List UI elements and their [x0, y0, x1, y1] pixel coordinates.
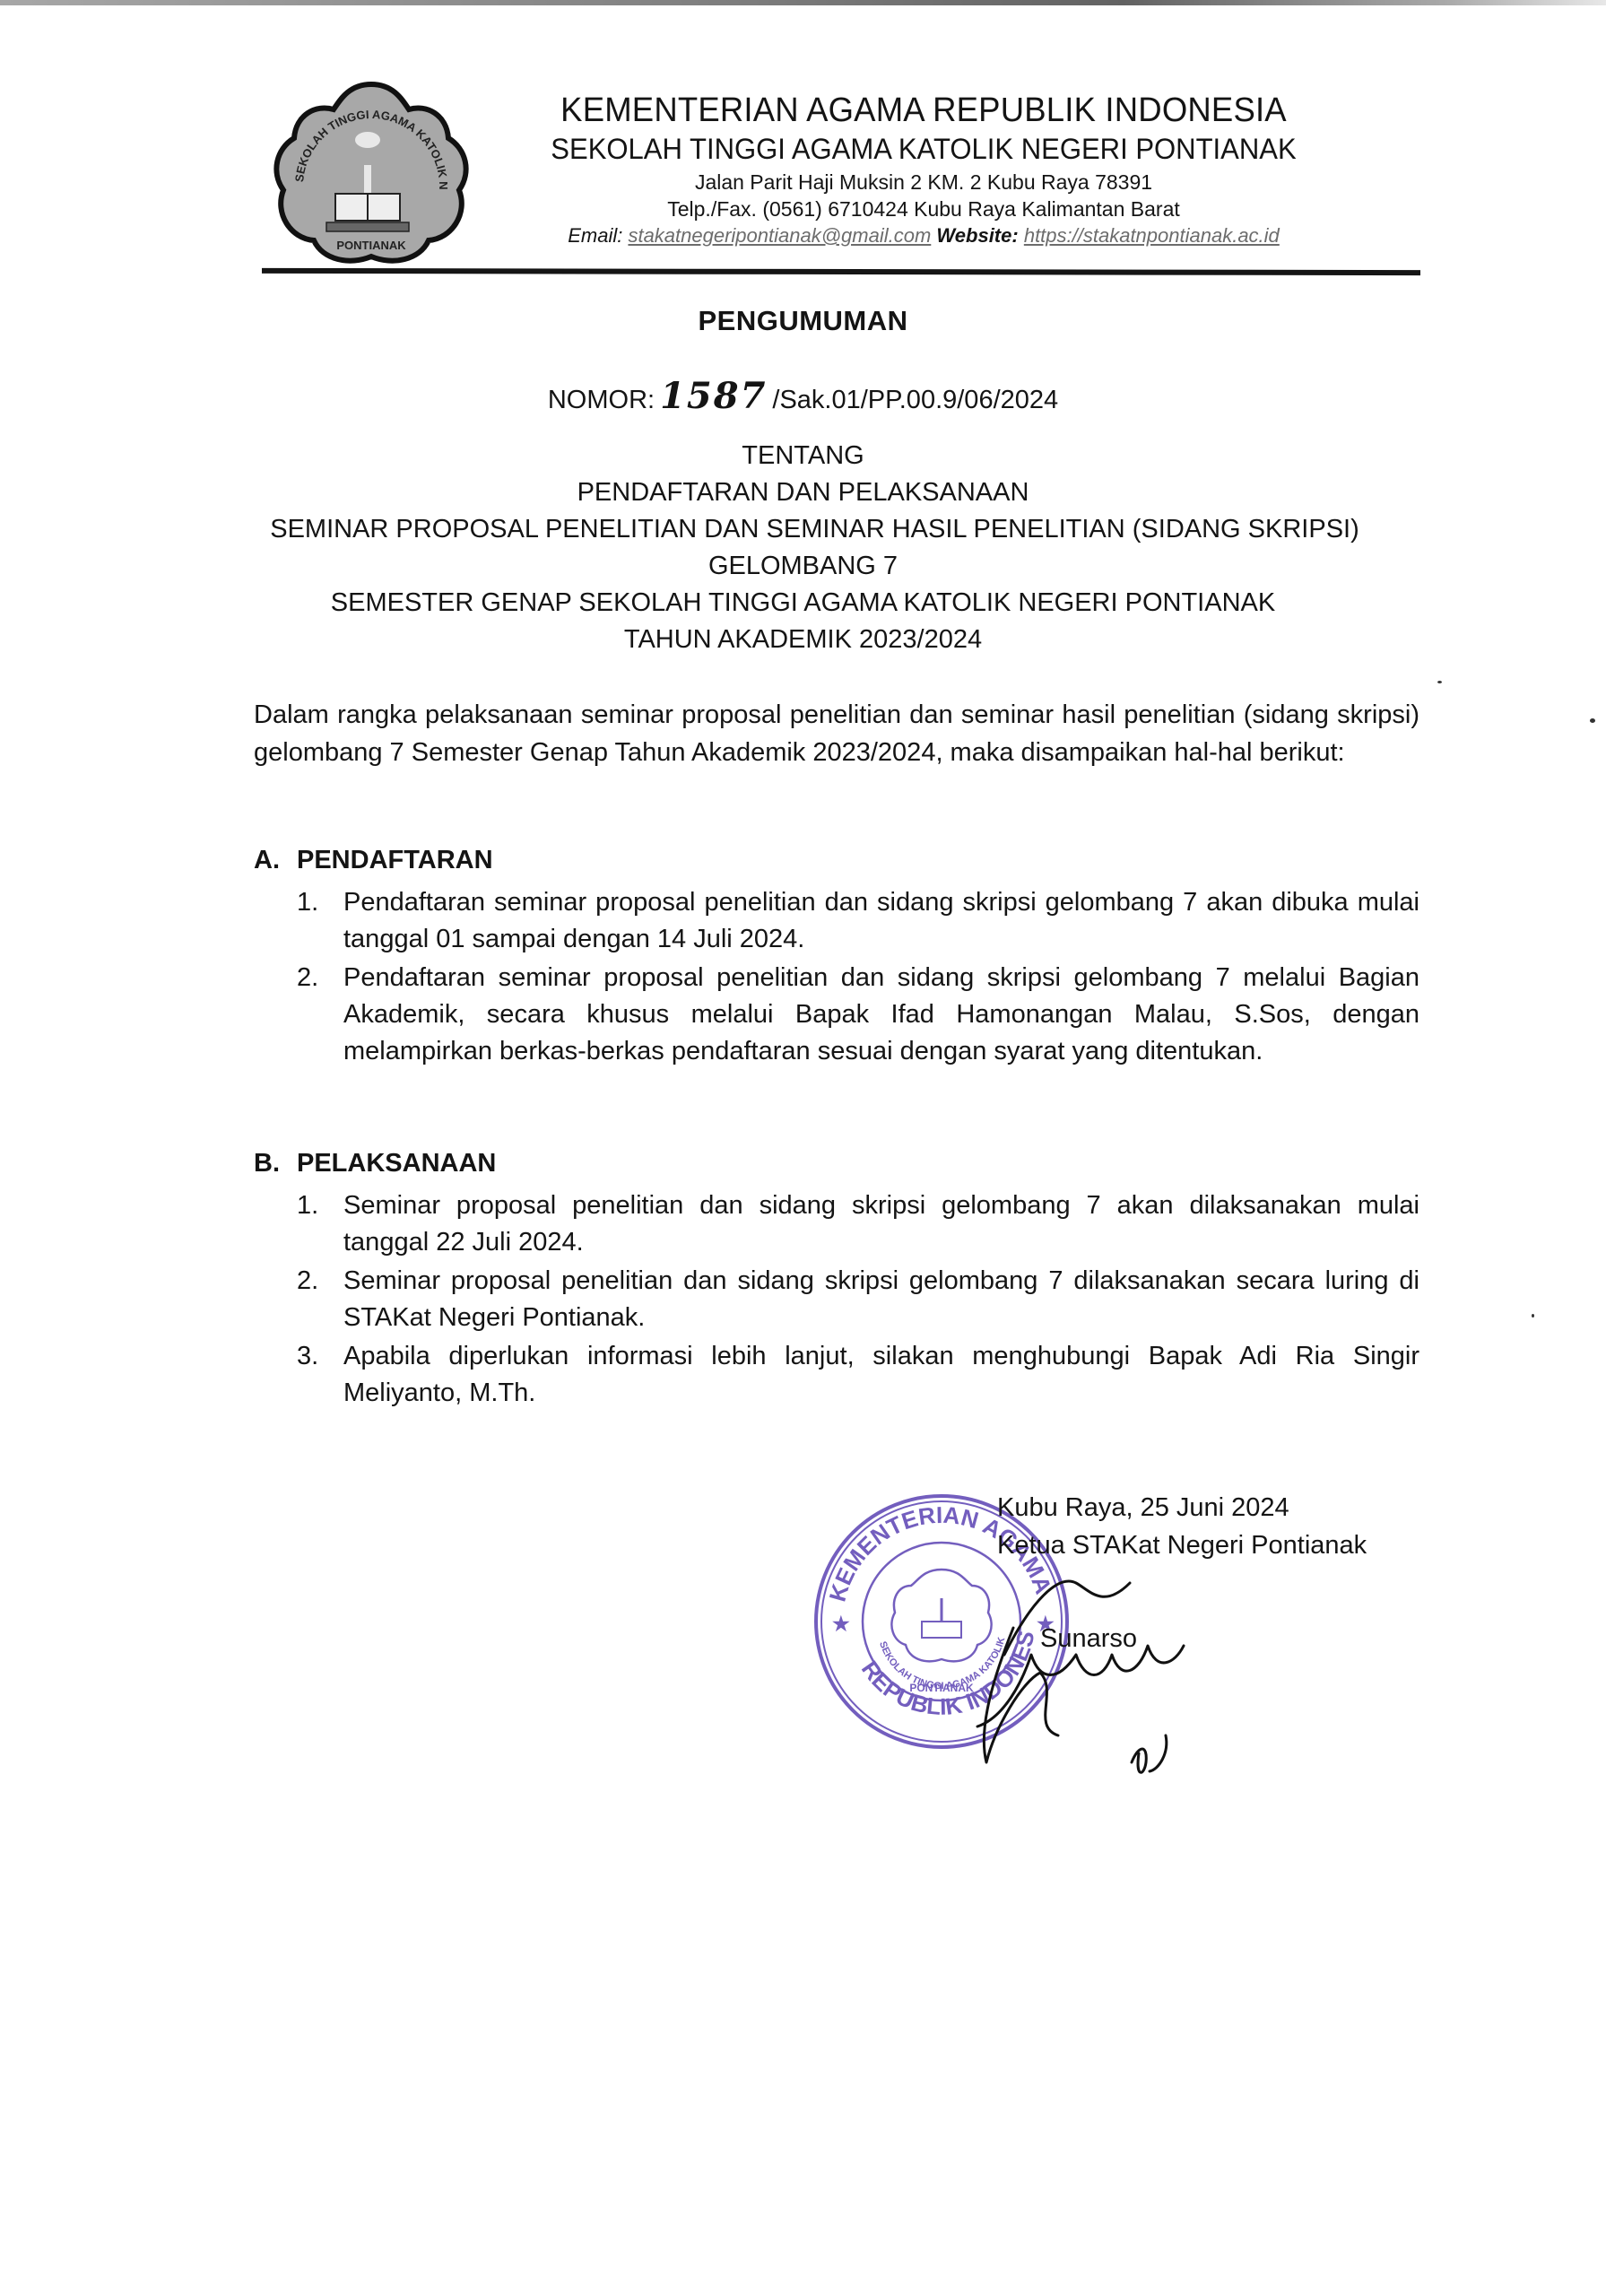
subject-line: SEMESTER GENAP SEKOLAH TINGGI AGAMA KATO…: [0, 585, 1606, 622]
list-item: 2.Pendaftaran seminar proposal penelitia…: [254, 960, 1419, 1070]
scan-edge-shadow: [0, 0, 1606, 5]
section-list: 1.Seminar proposal penelitian dan sidang…: [254, 1187, 1419, 1412]
letterhead-divider: [262, 268, 1420, 275]
institution-seal-icon: SEKOLAH TINGGI AGAMA KATOLIK NEGERI PONT…: [267, 79, 475, 269]
document-title: PENGUMUMAN: [0, 305, 1606, 337]
scan-speck: [1437, 681, 1442, 683]
institution-name: SEKOLAH TINGGI AGAMA KATOLIK NEGERI PONT…: [480, 131, 1367, 167]
letterhead: KEMENTERIAN AGAMA REPUBLIK INDONESIA SEK…: [466, 90, 1381, 249]
subject-line: GELOMBANG 7: [0, 548, 1606, 585]
address: Jalan Parit Haji Muksin 2 KM. 2 Kubu Ray…: [466, 169, 1381, 196]
scan-speck: [1532, 1314, 1534, 1318]
number-handwritten: 1587: [660, 375, 767, 417]
section-heading: A.PENDAFTARAN: [254, 841, 1419, 879]
section-heading: B.PELAKSANAAN: [254, 1144, 1419, 1182]
section-pendaftaran: A.PENDAFTARAN 1.Pendaftaran seminar prop…: [254, 841, 1419, 1072]
scan-speck: [1590, 718, 1595, 723]
document-number: NOMOR:1587/Sak.01/PP.00.9/06/2024: [0, 375, 1606, 417]
section-pelaksanaan: B.PELAKSANAAN 1.Seminar proposal penelit…: [254, 1144, 1419, 1413]
number-label: NOMOR:: [548, 386, 655, 414]
website-link[interactable]: https://stakatnpontianak.ac.id: [1024, 224, 1280, 247]
subject-line: TENTANG: [0, 438, 1606, 474]
phone: Telp./Fax. (0561) 6710424 Kubu Raya Kali…: [466, 196, 1381, 222]
subject-line: TAHUN AKADEMIK 2023/2024: [0, 622, 1606, 658]
email-label: Email:: [568, 224, 622, 247]
email-link[interactable]: stakatnegeripontianak@gmail.com: [628, 224, 931, 247]
list-item: 1.Pendaftaran seminar proposal penelitia…: [254, 884, 1419, 958]
place-date: Kubu Raya, 25 Juni 2024: [997, 1489, 1367, 1526]
svg-text:★: ★: [832, 1613, 850, 1635]
ministry-name: KEMENTERIAN AGAMA REPUBLIK INDONESIA: [484, 90, 1362, 131]
section-list: 1.Pendaftaran seminar proposal penelitia…: [254, 884, 1419, 1070]
website-label: Website:: [936, 224, 1018, 247]
subject-line: SEMINAR PROPOSAL PENELITIAN DAN SEMINAR …: [23, 511, 1606, 548]
svg-text:PONTIANAK: PONTIANAK: [336, 239, 406, 252]
subject-block: TENTANG PENDAFTARAN DAN PELAKSANAAN SEMI…: [0, 438, 1606, 658]
list-item: 1.Seminar proposal penelitian dan sidang…: [254, 1187, 1419, 1261]
intro-paragraph: Dalam rangka pelaksanaan seminar proposa…: [254, 696, 1419, 771]
list-item: 2.Seminar proposal penelitian dan sidang…: [254, 1263, 1419, 1336]
number-suffix: /Sak.01/PP.00.9/06/2024: [772, 386, 1058, 414]
subject-line: PENDAFTARAN DAN PELAKSANAAN: [0, 474, 1606, 511]
list-item: 3.Apabila diperlukan informasi lebih lan…: [254, 1338, 1419, 1412]
contact-line: Email: stakatnegeripontianak@gmail.com W…: [466, 222, 1381, 249]
handwritten-signature-icon: [924, 1547, 1220, 1780]
